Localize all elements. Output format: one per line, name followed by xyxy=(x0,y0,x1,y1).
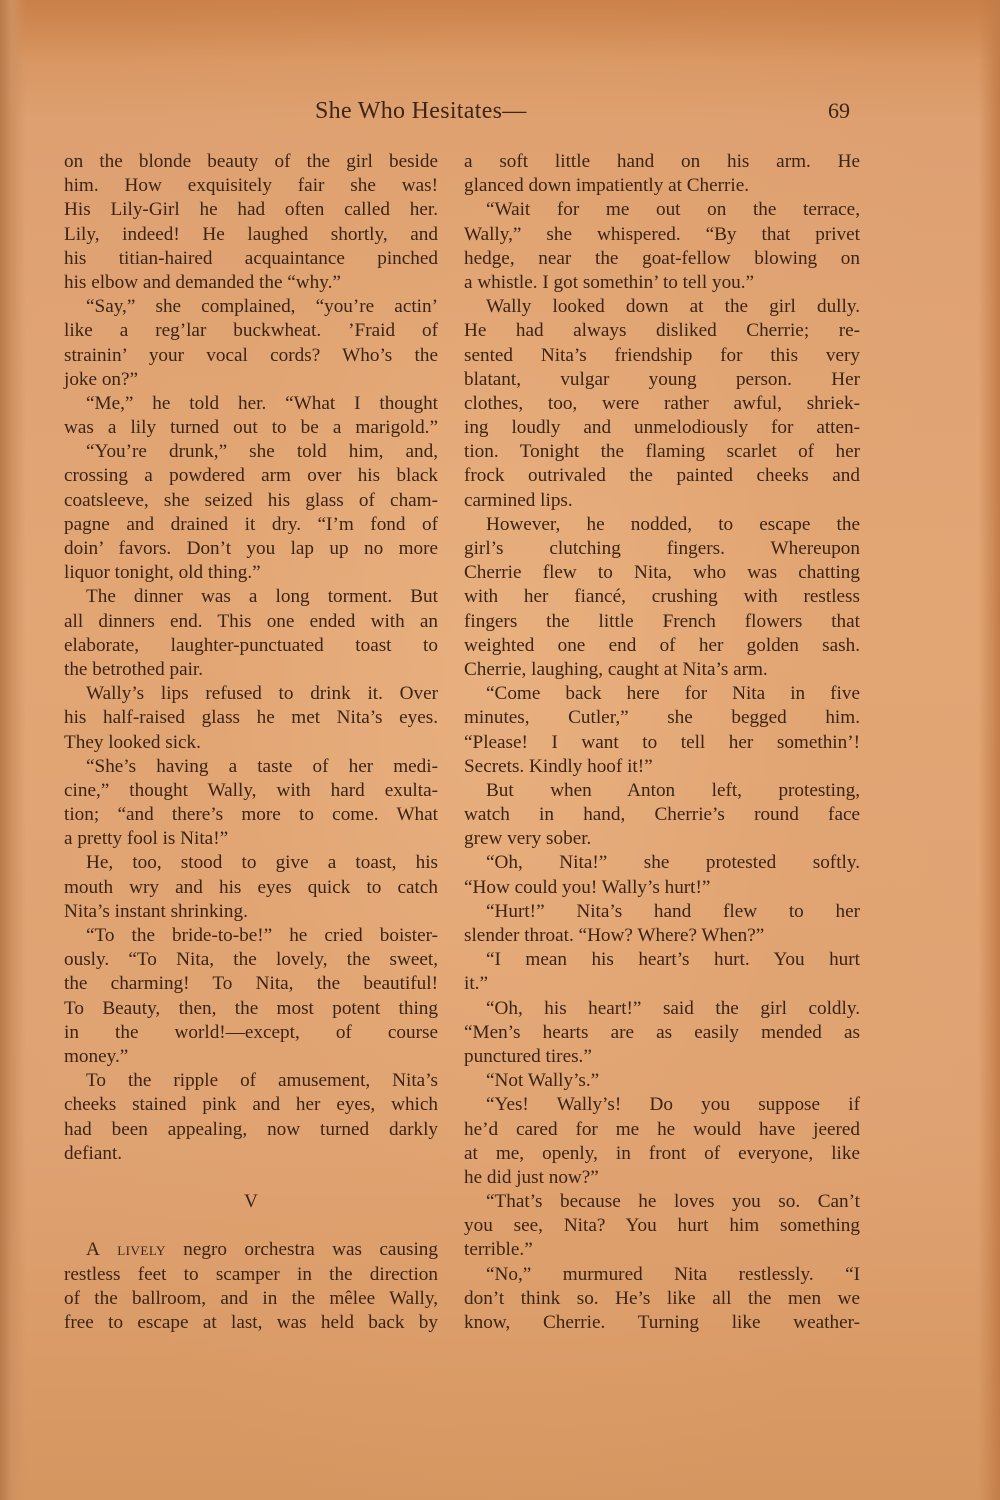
text-line: Secrets. Kindly hoof it!” xyxy=(464,755,860,779)
text-line: “Come back here for Nita in five xyxy=(464,682,860,706)
text-line: “I mean his heart’s hurt. You hurt xyxy=(464,948,860,972)
text-line: cheeks stained pink and her eyes, which xyxy=(64,1093,438,1117)
section-number: V xyxy=(64,1190,438,1214)
text-line: “Oh, his heart!” said the girl coldly. xyxy=(464,997,860,1021)
text-line: strainin’ your vocal cords? Who’s the xyxy=(64,344,438,368)
text-line: slender throat. “How? Where? When?” xyxy=(464,924,860,948)
text-line: “Hurt!” Nita’s hand flew to her xyxy=(464,900,860,924)
text-line: it.” xyxy=(464,972,860,996)
text-line: cine,” thought Wally, with hard exulta- xyxy=(64,779,438,803)
text-line: To Beauty, then, the most potent thing xyxy=(64,997,438,1021)
text-fragment: negro orchestra was causing xyxy=(183,1239,438,1260)
section-spacer xyxy=(64,1214,438,1238)
text-line: “No,” murmured Nita restlessly. “I xyxy=(464,1263,860,1287)
text-line: a whistle. I got somethin’ to tell you.” xyxy=(464,271,860,295)
text-line: “To the bride-to-be!” he cried boister- xyxy=(64,924,438,948)
text-line: “How could you! Wally’s hurt!” xyxy=(464,876,860,900)
text-line: sented Nita’s friendship for this very xyxy=(464,344,860,368)
text-line: His Lily-Girl he had often called her. xyxy=(64,198,438,222)
text-line: him. How exquisitely fair she was! xyxy=(64,174,438,198)
right-column: a soft little hand on his arm. He glance… xyxy=(464,150,860,1335)
text-line: However, he nodded, to escape the xyxy=(464,513,860,537)
section-spacer xyxy=(64,1166,438,1190)
text-line: “Not Wally’s.” xyxy=(464,1069,860,1093)
text-line: restless feet to scamper in the directio… xyxy=(64,1263,438,1287)
text-line: a pretty fool is Nita!” xyxy=(64,827,438,851)
page-number: 69 xyxy=(828,98,850,124)
text-line: you see, Nita? You hurt him something xyxy=(464,1214,860,1238)
text-line: he did just now?” xyxy=(464,1166,860,1190)
text-line: Nita’s instant shrinking. xyxy=(64,900,438,924)
text-line: at me, openly, in front of everyone, lik… xyxy=(464,1142,860,1166)
text-line: he’d cared for me he would have jeered xyxy=(464,1118,860,1142)
text-line: blatant, vulgar young person. Her xyxy=(464,368,860,392)
text-line: He had always disliked Cherrie; re- xyxy=(464,319,860,343)
text-line: “Men’s hearts are as easily mended as xyxy=(464,1021,860,1045)
text-line: defiant. xyxy=(64,1142,438,1166)
text-line: joke on?” xyxy=(64,368,438,392)
left-column: on the blonde beauty of the girl beside … xyxy=(64,150,438,1335)
text-line: “She’s having a taste of her medi- xyxy=(64,755,438,779)
text-line: with her fiancé, crushing with restless xyxy=(464,585,860,609)
book-page: She Who Hesitates— 69 on the blonde beau… xyxy=(0,0,1000,1500)
text-line: “That’s because he loves you so. Can’t xyxy=(464,1190,860,1214)
text-line: in the world!—except, of course xyxy=(64,1021,438,1045)
text-line: “Wait for me out on the terrace, xyxy=(464,198,860,222)
text-line: Wally’s lips refused to drink it. Over xyxy=(64,682,438,706)
text-line: He, too, stood to give a toast, his xyxy=(64,851,438,875)
running-title: She Who Hesitates— xyxy=(315,98,527,125)
text-line: tion; “and there’s more to come. What xyxy=(64,803,438,827)
text-line: The dinner was a long torment. But xyxy=(64,585,438,609)
text-line: fingers the little French flowers that xyxy=(464,610,860,634)
text-line: “You’re drunk,” she told him, and, xyxy=(64,440,438,464)
text-line: coatsleeve, she seized his glass of cham… xyxy=(64,489,438,513)
text-line: Wally,” she whispered. “By that privet xyxy=(464,223,860,247)
text-line: “Please! I want to tell her somethin’! xyxy=(464,731,860,755)
text-line: punctured tires.” xyxy=(464,1045,860,1069)
page-top-shading xyxy=(0,0,1000,60)
text-line: ing loudly and unmelodiously for atten- xyxy=(464,416,860,440)
text-line: They looked sick. xyxy=(64,731,438,755)
text-line: grew very sober. xyxy=(464,827,860,851)
text-line: Cherrie flew to Nita, who was chatting xyxy=(464,561,860,585)
page-right-edge xyxy=(978,0,1000,1500)
text-line: tion. Tonight the flaming scarlet of her xyxy=(464,440,860,464)
text-line: But when Anton left, protesting, xyxy=(464,779,860,803)
text-line: clothes, too, were rather awful, shriek- xyxy=(464,392,860,416)
text-line: watch in hand, Cherrie’s round face xyxy=(464,803,860,827)
text-line: money.” xyxy=(64,1045,438,1069)
text-line: on the blonde beauty of the girl beside xyxy=(64,150,438,174)
text-line: doin’ favors. Don’t you lap up no more xyxy=(64,537,438,561)
text-line: “Say,” she complained, “you’re actin’ xyxy=(64,295,438,319)
text-line: pagne and drained it dry. “I’m fond of xyxy=(64,513,438,537)
text-line: like a reg’lar buckwheat. ’Fraid of xyxy=(64,319,438,343)
text-line: the betrothed pair. xyxy=(64,658,438,682)
page-gutter-edge xyxy=(0,0,26,1500)
text-line: frock outrivaled the painted cheeks and xyxy=(464,464,860,488)
text-line: had been appealing, now turned darkly xyxy=(64,1118,438,1142)
text-line: “Yes! Wally’s! Do you suppose if xyxy=(464,1093,860,1117)
text-line: his half-raised glass he met Nita’s eyes… xyxy=(64,706,438,730)
text-line: Lily, indeed! He laughed shortly, and xyxy=(64,223,438,247)
text-line: all dinners end. This one ended with an xyxy=(64,610,438,634)
text-line: don’t think so. He’s like all the men we xyxy=(464,1287,860,1311)
text-line: A lively negro orchestra was causing xyxy=(64,1238,438,1262)
text-line: To the ripple of amusement, Nita’s xyxy=(64,1069,438,1093)
text-line: his titian-haired acquaintance pinched xyxy=(64,247,438,271)
text-line: hedge, near the goat-fellow blowing on xyxy=(464,247,860,271)
text-line: weighted one end of her golden sash. xyxy=(464,634,860,658)
text-line: terrible.” xyxy=(464,1238,860,1262)
opening-smallcaps: A lively xyxy=(86,1239,166,1260)
text-line: was a lily turned out to be a marigold.” xyxy=(64,416,438,440)
text-line: of the ballroom, and in the mêlee Wally, xyxy=(64,1287,438,1311)
text-line: his elbow and demanded the “why.” xyxy=(64,271,438,295)
text-line: minutes, Cutler,” she begged him. xyxy=(464,706,860,730)
text-line: glanced down impatiently at Cherrie. xyxy=(464,174,860,198)
text-line: liquor tonight, old thing.” xyxy=(64,561,438,585)
text-line: crossing a powdered arm over his black xyxy=(64,464,438,488)
text-line: know, Cherrie. Turning like weather- xyxy=(464,1311,860,1335)
text-line: a soft little hand on his arm. He xyxy=(464,150,860,174)
text-line: free to escape at last, was held back by xyxy=(64,1311,438,1335)
text-line: Cherrie, laughing, caught at Nita’s arm. xyxy=(464,658,860,682)
text-line: “Me,” he told her. “What I thought xyxy=(64,392,438,416)
text-line: “Oh, Nita!” she protested softly. xyxy=(464,851,860,875)
text-line: mouth wry and his eyes quick to catch xyxy=(64,876,438,900)
text-line: the charming! To Nita, the beautiful! xyxy=(64,972,438,996)
text-line: elaborate, laughter-punctuated toast to xyxy=(64,634,438,658)
text-line: carmined lips. xyxy=(464,489,860,513)
text-line: girl’s clutching fingers. Whereupon xyxy=(464,537,860,561)
text-line: ously. “To Nita, the lovely, the sweet, xyxy=(64,948,438,972)
text-line: Wally looked down at the girl dully. xyxy=(464,295,860,319)
